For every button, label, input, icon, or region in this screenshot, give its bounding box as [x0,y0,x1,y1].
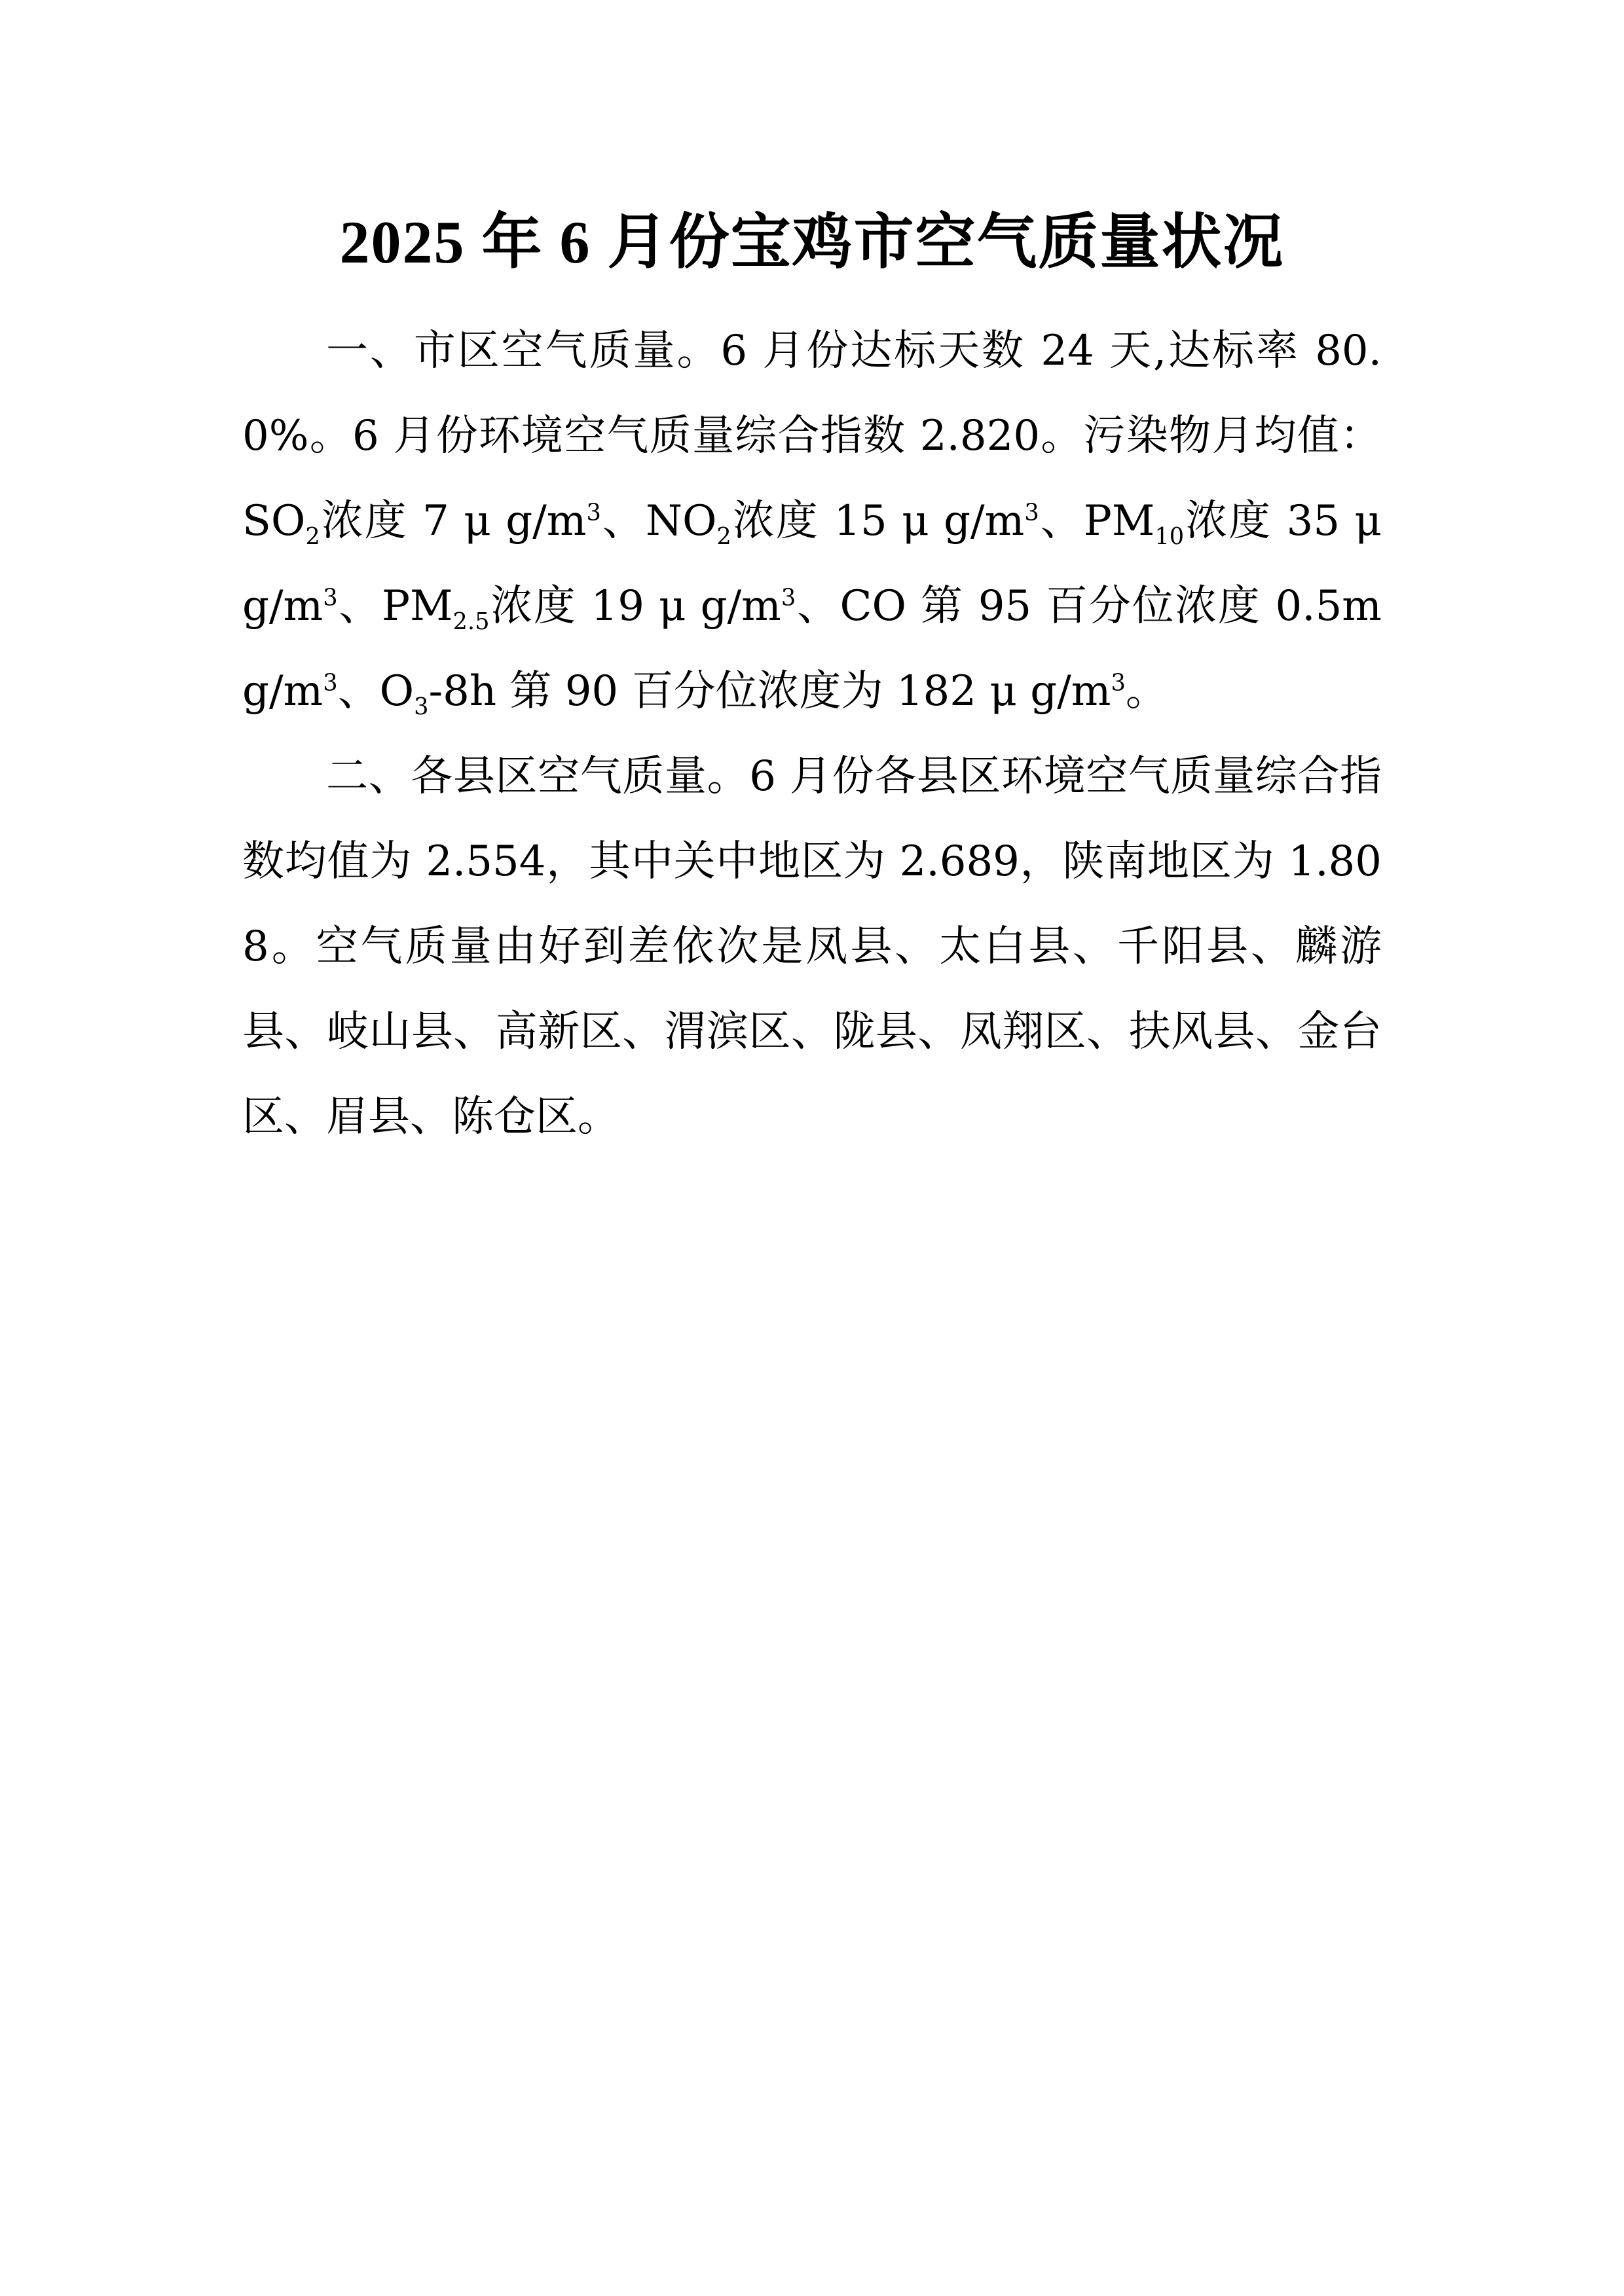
paragraph-county-air-quality: 二、各县区空气质量。6 月份各县区环境空气质量综合指数均值为 2.554，其中关… [242,734,1382,1159]
document-content: 2025 年 6 月份宝鸡市空气质量状况 一、市区空气质量。6 月份达标天数 2… [0,0,1624,1159]
paragraph-city-air-quality: 一、市区空气质量。6 月份达标天数 24 天,达标率 80.0%。6 月份环境空… [242,308,1382,734]
document-title: 2025 年 6 月份宝鸡市空气质量状况 [242,193,1382,291]
document-body: 一、市区空气质量。6 月份达标天数 24 天,达标率 80.0%。6 月份环境空… [242,308,1382,1159]
document-page: 2025 年 6 月份宝鸡市空气质量状况 一、市区空气质量。6 月份达标天数 2… [0,0,1624,2296]
